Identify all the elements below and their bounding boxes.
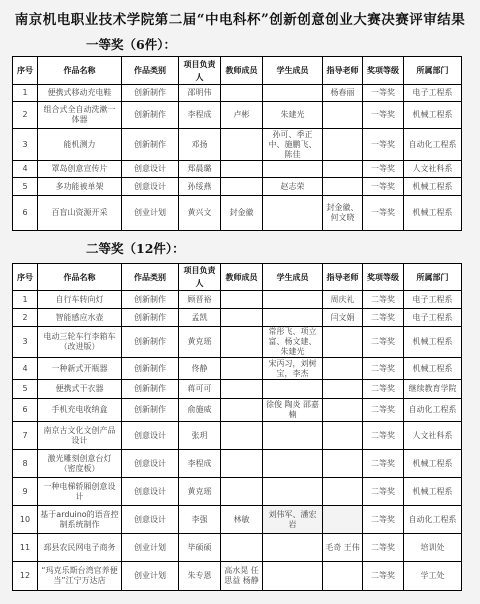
cell-leader: 黄克瑶 [179,478,221,506]
cell-students [263,161,323,178]
cell-name: 百盲山资源开采 [38,196,122,231]
cell-advisor [323,178,363,196]
cell-category: 创新制作 [122,102,179,129]
cell-leader: 顾晋裕 [179,291,221,309]
cell-dept: 机械工程系 [404,178,462,196]
cell-teachers: 高水晃 任思益 杨静 [221,562,263,591]
cell-no: 2 [13,309,38,327]
cell-award: 二等奖 [363,562,404,591]
cell-dept: 机械工程系 [404,102,462,129]
cell-advisor [323,161,363,178]
table-row: 3 能机测力 创新制作 邓扬 孙可、季正中、施鹏飞、陈佳 一等奖 自动化工程系 [13,129,462,161]
cell-category: 创业计划 [122,562,179,591]
cell-students [263,478,323,506]
cell-students [263,562,323,591]
table-row: 4 一种新式开瓶器 创新制作 佟静 宋丙习，刘树宝，李杰 二等奖 机械工程系 [13,358,462,380]
first-prize-table: 序号 作品名称 作品类别 项目负责人 教师成员 学生成员 指导老师 奖项等级 所… [12,56,462,231]
cell-students [263,422,323,450]
second-prize-table: 序号 作品名称 作品类别 项目负责人 教师成员 学生成员 指导老师 奖项等级 所… [12,263,462,591]
cell-advisor [323,506,363,534]
cell-no: 4 [13,161,38,178]
cell-award: 二等奖 [363,380,404,399]
cell-students [263,309,323,327]
cell-students: 刘伟军、潘宏岩 [263,506,323,534]
cell-no: 5 [13,380,38,399]
table-row: 2 智能感应水壶 创新制作 孟凯 闫文娟 二等奖 电子工程系 [13,309,462,327]
table-header-row: 序号 作品名称 作品类别 项目负责人 教师成员 学生成员 指导老师 奖项等级 所… [13,264,462,291]
cell-dept: 机械工程系 [404,196,462,231]
table-row: 6 手机充电收纳盒 创新制作 俞施威 徐俊 陶炎 邵嘉楠 二等奖 自动化工程系 [13,399,462,422]
cell-category: 创新制作 [122,358,179,380]
cell-advisor [323,129,363,161]
cell-award: 一等奖 [363,196,404,231]
cell-teachers [221,399,263,422]
table-row: 4 罩岛创意宣传片 创意设计 郑晨璐 一等奖 人文社科系 [13,161,462,178]
header-dept: 所属部门 [404,264,462,291]
cell-category: 创意设计 [122,422,179,450]
table-row: 12 “玛克乐斯台湾官养便当”江宁万达店 创业计划 朱专恩 高水晃 任思益 杨静… [13,562,462,591]
header-leader: 项目负责人 [179,264,221,291]
cell-award: 二等奖 [363,534,404,562]
cell-award: 一等奖 [363,85,404,102]
cell-leader: 毕硕硕 [179,534,221,562]
cell-advisor: 毛奇 王伟 [323,534,363,562]
cell-teachers [221,309,263,327]
cell-category: 创新制作 [122,309,179,327]
cell-dept: 机械工程系 [404,450,462,478]
cell-dept: 自动化工程系 [404,129,462,161]
cell-dept: 机械工程系 [404,478,462,506]
cell-dept: 电子工程系 [404,309,462,327]
cell-leader: 佟静 [179,358,221,380]
header-award: 奖项等级 [363,264,404,291]
cell-leader: 蒋可可 [179,380,221,399]
cell-category: 创新制作 [122,380,179,399]
cell-teachers [221,327,263,358]
cell-dept: 机械工程系 [404,358,462,380]
cell-advisor: 封金徽、何文晓 [323,196,363,231]
cell-advisor [323,327,363,358]
header-award: 奖项等级 [363,57,404,85]
table-row: 8 激光雕刻创意台灯（密度板） 创意设计 李程成 二等奖 机械工程系 [13,450,462,478]
cell-dept: 机械工程系 [404,327,462,358]
cell-no: 9 [13,478,38,506]
first-prize-heading: 一等奖（6件）： [86,35,176,53]
cell-name: 多功能被单架 [38,178,122,196]
cell-leader: 邵明伟 [179,85,221,102]
cell-no: 10 [13,506,38,534]
cell-name: 一种电梯轿厢创意设计 [38,478,122,506]
cell-students [263,196,323,231]
cell-no: 2 [13,102,38,129]
cell-category: 创新制作 [122,399,179,422]
cell-students [263,85,323,102]
header-teachers: 教师成员 [221,57,263,85]
cell-students: 宋丙习，刘树宝，李杰 [263,358,323,380]
cell-teachers [221,478,263,506]
cell-teachers [221,129,263,161]
cell-students: 朱建光 [263,102,323,129]
cell-name: 邳县农民网电子商务 [38,534,122,562]
cell-students: 孙可、季正中、施鹏飞、陈佳 [263,129,323,161]
cell-advisor [323,380,363,399]
cell-no: 4 [13,358,38,380]
cell-category: 创业计划 [122,196,179,231]
cell-leader: 黄兴文 [179,196,221,231]
cell-award: 二等奖 [363,399,404,422]
cell-award: 二等奖 [363,291,404,309]
cell-name: 罩岛创意宣传片 [38,161,122,178]
cell-dept: 人文社科系 [404,161,462,178]
cell-students: 常彤飞、项立富、杨文建、朱建光 [263,327,323,358]
cell-name: 便携式干衣器 [38,380,122,399]
cell-leader: 李程成 [179,102,221,129]
cell-category: 创新制作 [122,85,179,102]
cell-teachers [221,358,263,380]
cell-advisor [323,399,363,422]
cell-students [263,450,323,478]
cell-leader: 朱专恩 [179,562,221,591]
table-row: 11 邳县农民网电子商务 创业计划 毕硕硕 毛奇 王伟 二等奖 培训处 [13,534,462,562]
cell-leader: 邓扬 [179,129,221,161]
cell-no: 8 [13,450,38,478]
cell-advisor: 周庆礼 [323,291,363,309]
header-no: 序号 [13,57,38,85]
header-advisor: 指导老师 [323,57,363,85]
cell-teachers [221,422,263,450]
cell-leader: 李强 [179,506,221,534]
cell-leader: 郑晨璐 [179,161,221,178]
cell-no: 6 [13,399,38,422]
page-title: 南京机电职业技术学院第二届“中电科杯”创新创意创业大赛决赛评审结果 [0,8,480,28]
cell-advisor [323,450,363,478]
table-row: 5 便携式干衣器 创新制作 蒋可可 二等奖 继续教育学院 [13,380,462,399]
header-advisor: 指导老师 [323,264,363,291]
table-row: 3 电动三轮车行李箱车（改进版） 创新制作 黄克瑶 常彤飞、项立富、杨文建、朱建… [13,327,462,358]
cell-name: 一种新式开瓶器 [38,358,122,380]
cell-students: 赵志荣 [263,178,323,196]
cell-teachers [221,291,263,309]
cell-no: 1 [13,85,38,102]
cell-name: 电动三轮车行李箱车（改进版） [38,327,122,358]
cell-teachers [221,380,263,399]
cell-dept: 电子工程系 [404,291,462,309]
cell-teachers: 林敏 [221,506,263,534]
header-name: 作品名称 [38,264,122,291]
cell-leader: 孟凯 [179,309,221,327]
cell-category: 创意设计 [122,506,179,534]
cell-dept: 自动化工程系 [404,399,462,422]
cell-name: 组合式全自动洗漱一体器 [38,102,122,129]
header-students: 学生成员 [263,264,323,291]
cell-no: 3 [13,129,38,161]
cell-students: 徐俊 陶炎 邵嘉楠 [263,399,323,422]
cell-award: 二等奖 [363,478,404,506]
cell-award: 二等奖 [363,358,404,380]
cell-no: 1 [13,291,38,309]
cell-teachers: 封金徽 [221,196,263,231]
table-row: 2 组合式全自动洗漱一体器 创新制作 李程成 卢彬 朱建光 一等奖 机械工程系 [13,102,462,129]
cell-teachers [221,161,263,178]
cell-category: 创新制作 [122,129,179,161]
cell-award: 一等奖 [363,178,404,196]
header-no: 序号 [13,264,38,291]
header-name: 作品名称 [38,57,122,85]
cell-students [263,380,323,399]
table-row: 9 一种电梯轿厢创意设计 创意设计 黄克瑶 二等奖 机械工程系 [13,478,462,506]
cell-advisor [323,478,363,506]
cell-dept: 继续教育学院 [404,380,462,399]
cell-award: 二等奖 [363,309,404,327]
cell-category: 创意设计 [122,178,179,196]
cell-dept: 自动化工程系 [404,506,462,534]
cell-award: 二等奖 [363,422,404,450]
cell-leader: 李程成 [179,450,221,478]
cell-teachers [221,450,263,478]
cell-teachers: 卢彬 [221,102,263,129]
cell-name: 激光雕刻创意台灯（密度板） [38,450,122,478]
cell-leader: 黄克瑶 [179,327,221,358]
cell-no: 11 [13,534,38,562]
cell-no: 7 [13,422,38,450]
cell-advisor [323,102,363,129]
cell-leader: 孙绥燕 [179,178,221,196]
cell-name: 便携式移动充电鞋 [38,85,122,102]
cell-no: 12 [13,562,38,591]
second-prize-heading: 二等奖（12件）： [86,239,185,257]
cell-award: 一等奖 [363,102,404,129]
cell-name: 南京古文化文创产品设计 [38,422,122,450]
cell-no: 5 [13,178,38,196]
cell-advisor: 杨春丽 [323,85,363,102]
table-row: 10 基于arduino的语音控制系统制作 创意设计 李强 林敏 刘伟军、潘宏岩… [13,506,462,534]
cell-name: 智能感应水壶 [38,309,122,327]
header-leader: 项目负责人 [179,57,221,85]
cell-category: 创新制作 [122,327,179,358]
header-category: 作品类别 [122,264,179,291]
cell-name: 能机测力 [38,129,122,161]
cell-award: 一等奖 [363,129,404,161]
cell-dept: 学工处 [404,562,462,591]
header-students: 学生成员 [263,57,323,85]
cell-dept: 人文社科系 [404,422,462,450]
cell-name: 手机充电收纳盒 [38,399,122,422]
cell-no: 3 [13,327,38,358]
cell-category: 创新制作 [122,291,179,309]
table-row: 7 南京古文化文创产品设计 创意设计 张玥 二等奖 人文社科系 [13,422,462,450]
cell-award: 二等奖 [363,506,404,534]
cell-advisor: 闫文娟 [323,309,363,327]
cell-advisor [323,358,363,380]
cell-leader: 俞施威 [179,399,221,422]
cell-advisor [323,422,363,450]
cell-category: 创意设计 [122,478,179,506]
table-row: 1 自行车转向灯 创新制作 顾晋裕 周庆礼 二等奖 电子工程系 [13,291,462,309]
cell-award: 一等奖 [363,161,404,178]
cell-name: 自行车转向灯 [38,291,122,309]
cell-students [263,534,323,562]
table-row: 6 百盲山资源开采 创业计划 黄兴文 封金徽 封金徽、何文晓 一等奖 机械工程系 [13,196,462,231]
cell-dept: 培训处 [404,534,462,562]
cell-teachers [221,178,263,196]
cell-name: “玛克乐斯台湾官养便当”江宁万达店 [38,562,122,591]
cell-name: 基于arduino的语音控制系统制作 [38,506,122,534]
cell-category: 创业计划 [122,534,179,562]
cell-teachers [221,85,263,102]
cell-category: 创意设计 [122,450,179,478]
table-row: 5 多功能被单架 创意设计 孙绥燕 赵志荣 一等奖 机械工程系 [13,178,462,196]
cell-teachers [221,534,263,562]
table-row: 1 便携式移动充电鞋 创新制作 邵明伟 杨春丽 一等奖 电子工程系 [13,85,462,102]
table-header-row: 序号 作品名称 作品类别 项目负责人 教师成员 学生成员 指导老师 奖项等级 所… [13,57,462,85]
cell-dept: 电子工程系 [404,85,462,102]
cell-leader: 张玥 [179,422,221,450]
cell-category: 创意设计 [122,161,179,178]
cell-no: 6 [13,196,38,231]
cell-students [263,291,323,309]
header-dept: 所属部门 [404,57,462,85]
cell-award: 二等奖 [363,450,404,478]
header-category: 作品类别 [122,57,179,85]
cell-award: 二等奖 [363,327,404,358]
cell-advisor [323,562,363,591]
header-teachers: 教师成员 [221,264,263,291]
